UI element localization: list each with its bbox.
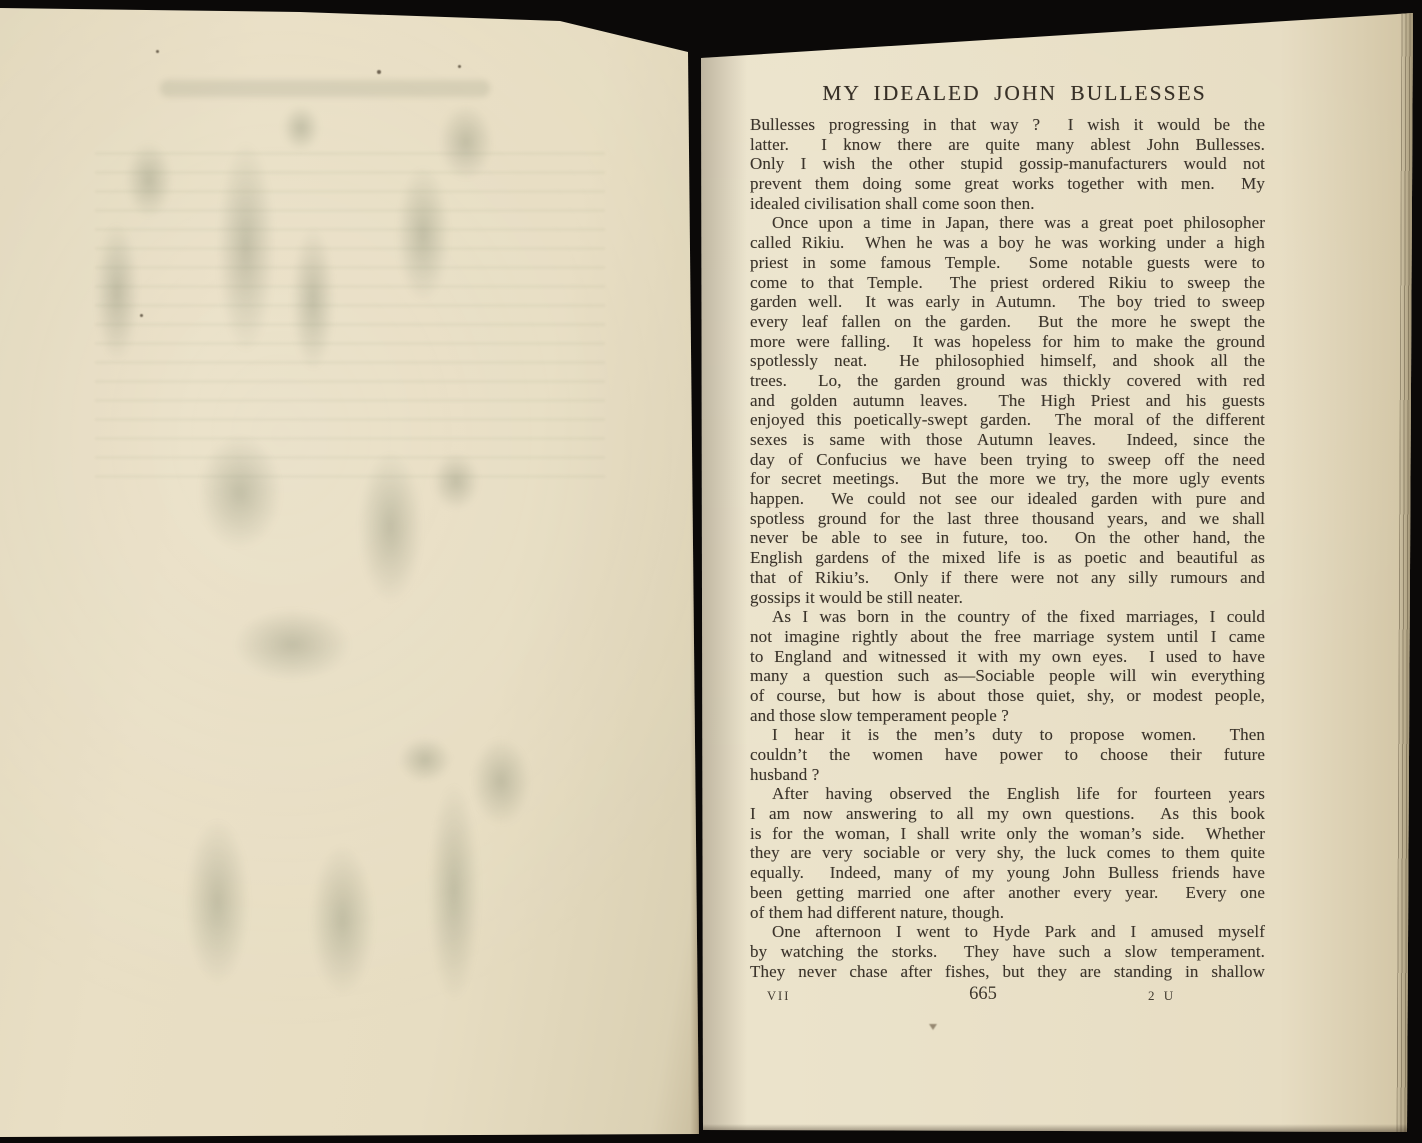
page-number: 665 xyxy=(953,984,1013,1005)
ghost-figure xyxy=(430,92,502,192)
ink-speck xyxy=(929,1024,937,1030)
text-line: As I was born in the country of the fixe… xyxy=(750,607,1265,627)
text-line: more were falling. It was hopeless for h… xyxy=(750,332,1265,352)
text-line: sexes is same with those Autumn leaves. … xyxy=(750,430,1265,450)
paragraph: Once upon a time in Japan, there was a g… xyxy=(750,213,1265,607)
ghost-figure xyxy=(425,444,487,519)
text-line: priest in some famous Temple. Some notab… xyxy=(750,253,1265,273)
signature-mark: VII xyxy=(767,989,790,1004)
text-line: Once upon a time in Japan, there was a g… xyxy=(750,213,1265,233)
ink-speck xyxy=(458,65,461,68)
text-line: day of Confucius we have been trying to … xyxy=(750,450,1265,470)
page-title: MY IDEALED JOHN BULLESSES xyxy=(764,78,1265,104)
ink-speck xyxy=(140,314,143,317)
ink-speck xyxy=(377,70,381,74)
text-line: enjoyed this poetically-swept garden. Th… xyxy=(750,410,1265,430)
spine-shadow xyxy=(701,0,747,1143)
text-line: husband ? xyxy=(750,765,1265,785)
text-line: Only I wish the other stupid gossip-manu… xyxy=(750,154,1265,174)
left-page xyxy=(0,0,702,1142)
text-line: of course, but how is about those quiet,… xyxy=(750,686,1265,706)
text-line: called Rikiu. When he was a boy he was w… xyxy=(750,233,1265,253)
text-line: One afternoon I went to Hyde Park and I … xyxy=(750,922,1265,942)
text-line: for secret meetings. But the more we try… xyxy=(750,469,1265,489)
page-content: MY IDEALED JOHN BULLESSES Bullesses prog… xyxy=(750,78,1265,981)
text-line: spotlessly neat. He philosophied himself… xyxy=(750,351,1265,371)
text-line: English gardens of the mixed life is as … xyxy=(750,548,1265,568)
ghost-figure xyxy=(300,820,385,1020)
text-line: and those slow temperament people ? xyxy=(750,706,1265,726)
text-line: never be able to see in future, too. On … xyxy=(750,528,1265,548)
ghost-figure xyxy=(276,98,326,158)
gathering-mark: 2 U xyxy=(1148,988,1176,1004)
ghost-figure xyxy=(88,200,146,385)
text-line: spotless ground for the last three thous… xyxy=(750,509,1265,529)
text-line: been getting married one after another e… xyxy=(750,883,1265,903)
text-line: come to that Temple. The priest ordered … xyxy=(750,273,1265,293)
show-through-title xyxy=(160,80,490,97)
text-line: prevent them doing some great works toge… xyxy=(750,174,1265,194)
text-line: garden well. It was early in Autumn. The… xyxy=(750,292,1265,312)
text-line: that of Rikiu’s. Only if there were not … xyxy=(750,568,1265,588)
text-line: to England and witnessed it with my own … xyxy=(750,647,1265,667)
body-text: Bullesses progressing in that way ? I wi… xyxy=(750,115,1265,981)
text-line: They never chase after fishes, but they … xyxy=(750,962,1265,982)
ghost-figure xyxy=(208,107,284,387)
scanned-book-spread: MY IDEALED JOHN BULLESSES Bullesses prog… xyxy=(0,0,1422,1143)
text-line: equally. Indeed, many of my young John B… xyxy=(750,863,1265,883)
text-line: of them had different nature, though. xyxy=(750,903,1265,923)
text-line: latter. I know there are quite many able… xyxy=(750,135,1265,155)
text-line: and golden autumn leaves. The High Pries… xyxy=(750,391,1265,411)
text-line: they are very sociable or very shy, the … xyxy=(750,843,1265,863)
text-line: happen. We could not see our idealed gar… xyxy=(750,489,1265,509)
ghost-figure xyxy=(420,747,488,1037)
text-line: I am now answering to all my own questio… xyxy=(750,804,1265,824)
text-line: idealed civilisation shall come soon the… xyxy=(750,194,1265,214)
ghost-figure xyxy=(284,204,342,394)
text-line: every leaf fallen on the garden. But the… xyxy=(750,312,1265,332)
paragraph: One afternoon I went to Hyde Park and I … xyxy=(750,922,1265,981)
page-footer: VII 665 2 U xyxy=(750,984,1265,1008)
page-bottom-edge xyxy=(703,1124,1407,1132)
text-line: After having observed the English life f… xyxy=(750,784,1265,804)
paragraph: Bullesses progressing in that way ? I wi… xyxy=(750,115,1265,213)
paragraph: I hear it is the men’s duty to propose w… xyxy=(750,725,1265,784)
text-line: by watching the storks. They have such a… xyxy=(750,942,1265,962)
text-line: trees. Lo, the garden ground was thickly… xyxy=(750,371,1265,391)
page-edge-stack xyxy=(1397,8,1417,1136)
text-line: not imagine rightly about the free marri… xyxy=(750,627,1265,647)
ghost-figure xyxy=(215,597,370,692)
text-line: Bullesses progressing in that way ? I wi… xyxy=(750,115,1265,135)
ghost-figure xyxy=(348,427,433,627)
text-line: is for the woman, I shall write only the… xyxy=(750,824,1265,844)
text-line: gossips it would be still neater. xyxy=(750,588,1265,608)
text-line: many a question such as—Sociable people … xyxy=(750,666,1265,686)
text-line: couldn’t the women have power to choose … xyxy=(750,745,1265,765)
ink-speck xyxy=(156,50,159,53)
ghost-figure xyxy=(175,792,260,1012)
paragraph: As I was born in the country of the fixe… xyxy=(750,607,1265,725)
paragraph: After having observed the English life f… xyxy=(750,784,1265,922)
text-line: I hear it is the men’s duty to propose w… xyxy=(750,725,1265,745)
ghost-figure xyxy=(185,417,295,567)
